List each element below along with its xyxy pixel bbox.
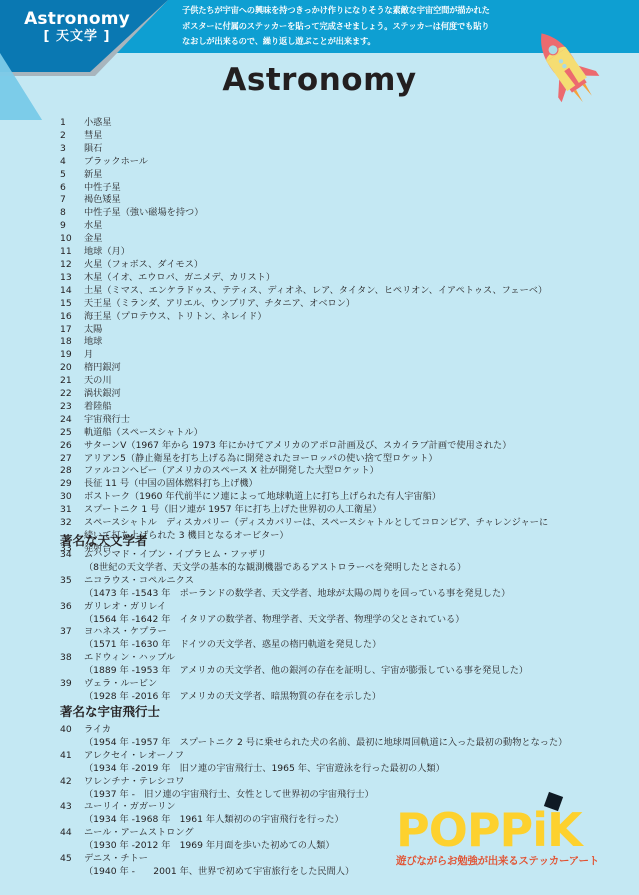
- item-number: 36: [60, 601, 84, 614]
- person-description: （1564 年 -1642 年 イタリアの数学者、物理学者、天文学者、物理学の父…: [60, 614, 620, 627]
- item-text: 着陸船: [84, 401, 620, 414]
- item-text: 褐色矮星: [84, 194, 620, 207]
- list-item: 31スプートニク 1 号（旧ソ連が 1957 年に打ち上げた世界初の人工衛星）: [60, 504, 620, 517]
- person-description: （1889 年 -1953 年 アメリカの天文学者、他の銀河の存在を証明し、宇宙…: [60, 665, 620, 678]
- item-text: 天王星（ミランダ、アリエル、ウンブリア、チタニア、オベロン）: [84, 298, 620, 311]
- list-item: 29長征 11 号（中国の固体燃料打ち上げ機）: [60, 478, 620, 491]
- item-number: 22: [60, 388, 84, 401]
- list-item: 8中性子星（強い磁場を持つ）: [60, 207, 620, 220]
- item-text: 金星: [84, 233, 620, 246]
- person-name: ヨハネス・ケプラー: [84, 626, 620, 639]
- item-text: 木星（イオ、エウロパ、ガニメデ、カリスト）: [84, 272, 620, 285]
- item-number: 26: [60, 440, 84, 453]
- list-item: 3隕石: [60, 143, 620, 156]
- item-number: 18: [60, 336, 84, 349]
- person-name: ニコラウス・コペルニクス: [84, 575, 620, 588]
- item-text: 中性子星: [84, 182, 620, 195]
- item-text: 水星: [84, 220, 620, 233]
- list-item: 7褐色矮星: [60, 194, 620, 207]
- list-item: 15天王星（ミランダ、アリエル、ウンブリア、チタニア、オベロン）: [60, 298, 620, 311]
- item-text: 渦状銀河: [84, 388, 620, 401]
- person-description: （1473 年 -1543 年 ポーランドの数学者、天文学者、地球が太陽の周りを…: [60, 588, 620, 601]
- item-number: 12: [60, 259, 84, 272]
- item-number: 16: [60, 311, 84, 324]
- item-number: 2: [60, 130, 84, 143]
- item-text: 長征 11 号（中国の固体燃料打ち上げ機）: [84, 478, 620, 491]
- person-description: （1571 年 -1630 年 ドイツの天文学者、惑星の楕円軌道を発見した）: [60, 639, 620, 652]
- person-name: エドウィン・ハッブル: [84, 652, 620, 665]
- person-name: ガリレオ・ガリレイ: [84, 601, 620, 614]
- list-item: 23着陸船: [60, 401, 620, 414]
- item-number: 8: [60, 207, 84, 220]
- item-text: 地球: [84, 336, 620, 349]
- item-text: 軌道船（スペースシャトル）: [84, 427, 620, 440]
- list-item: 10金星: [60, 233, 620, 246]
- list-item: 19月: [60, 349, 620, 362]
- item-number: 34: [60, 549, 84, 562]
- list-item: 26サターンV（1967 年から 1973 年にかけてアメリカのアポロ計画及び、…: [60, 440, 620, 453]
- item-number: 28: [60, 465, 84, 478]
- item-number: 1: [60, 117, 84, 130]
- page-title: Astronomy: [0, 62, 639, 98]
- item-text: 楕円銀河: [84, 362, 620, 375]
- item-number: 32: [60, 517, 84, 530]
- list-item: 14土星（ミマス、エンケラドゥス、テティス、ディオネ、レア、タイタン、ヒペリオン…: [60, 285, 620, 298]
- person-name: ライカ: [84, 724, 620, 737]
- item-text: 小惑星: [84, 117, 620, 130]
- list-item: 27アリアン5（静止衛星を打ち上げる為に開発されたヨーロッパの使い捨て型ロケット…: [60, 453, 620, 466]
- list-item: 41アレクセイ・レオーノフ: [60, 750, 620, 763]
- intro-line: なおしが出来るので、繰り返し遊ぶことが出来ます。: [182, 34, 522, 50]
- list-item: 4ブラックホール: [60, 156, 620, 169]
- person-name: アレクセイ・レオーノフ: [84, 750, 620, 763]
- item-number: 45: [60, 853, 84, 866]
- item-text: 宇宙飛行士: [84, 414, 620, 427]
- intro-line: 子供たちが宇宙への興味を持つきっかけ作りになりそうな素敵な宇宙空間が描かれた: [182, 3, 522, 19]
- section-heading-astronomers: 著名な天文学者: [60, 531, 148, 549]
- item-number: 37: [60, 626, 84, 639]
- person-name: ヴェラ・ルービン: [84, 678, 620, 691]
- item-text: スプートニク 1 号（旧ソ連が 1957 年に打ち上げた世界初の人工衛星）: [84, 504, 620, 517]
- item-number: 10: [60, 233, 84, 246]
- item-text: 海王星（プロテウス、トリトン、ネレイド）: [84, 311, 620, 324]
- item-number: 3: [60, 143, 84, 156]
- item-number: 27: [60, 453, 84, 466]
- list-item: 25軌道船（スペースシャトル）: [60, 427, 620, 440]
- person-description: （1934 年 -2019 年 旧ソ連の宇宙飛行士、1965 年、宇宙遊泳を行っ…: [60, 763, 620, 776]
- item-number: 7: [60, 194, 84, 207]
- list-item: 32スペースシャトル ディスカバリー（ディスカバリーは、スペースシャトルとしてコ…: [60, 517, 620, 530]
- item-number: 44: [60, 827, 84, 840]
- item-number: 38: [60, 652, 84, 665]
- section-heading-astronauts: 著名な宇宙飛行士: [60, 702, 160, 720]
- header-tab-title: Astronomy [ 天文学 ]: [12, 9, 142, 45]
- item-number: 24: [60, 414, 84, 427]
- item-number: 20: [60, 362, 84, 375]
- list-item: 17太陽: [60, 324, 620, 337]
- list-item: 30ボストーク（1960 年代前半にソ連によって地球軌道上に打ち上げられた有人宇…: [60, 491, 620, 504]
- tab-title-japanese: [ 天文学 ]: [12, 29, 142, 45]
- item-text: サターンV（1967 年から 1973 年にかけてアメリカのアポロ計画及び、スカ…: [84, 440, 620, 453]
- person-name: ワレンチナ・テレシコワ: [84, 776, 620, 789]
- person-name: ムハンマド・イブン・イブラヒム・ファザリ: [84, 549, 620, 562]
- list-item: 40ライカ: [60, 724, 620, 737]
- item-number: 40: [60, 724, 84, 737]
- item-text: 隕石: [84, 143, 620, 156]
- item-number: 30: [60, 491, 84, 504]
- list-item: 13木星（イオ、エウロパ、ガニメデ、カリスト）: [60, 272, 620, 285]
- item-number: 21: [60, 375, 84, 388]
- item-text: ブラックホール: [84, 156, 620, 169]
- list-item: 24宇宙飛行士: [60, 414, 620, 427]
- list-item: 6中性子星: [60, 182, 620, 195]
- tab-title-english: Astronomy: [12, 9, 142, 29]
- list-item: 20楕円銀河: [60, 362, 620, 375]
- item-text: 火星（フォボス、ダイモス）: [84, 259, 620, 272]
- item-text: スペースシャトル ディスカバリー（ディスカバリーは、スペースシャトルとしてコロン…: [84, 517, 620, 530]
- list-item: 42ワレンチナ・テレシコワ: [60, 776, 620, 789]
- item-number: 9: [60, 220, 84, 233]
- list-item: 34ムハンマド・イブン・イブラヒム・ファザリ: [60, 549, 620, 562]
- item-number: 13: [60, 272, 84, 285]
- person-description: （8世紀の天文学者、天文学の基本的な観測機器であるアストロラーベを発明したとされ…: [60, 562, 620, 575]
- list-item: 36ガリレオ・ガリレイ: [60, 601, 620, 614]
- list-item: 39ヴェラ・ルービン: [60, 678, 620, 691]
- item-text: 土星（ミマス、エンケラドゥス、テティス、ディオネ、レア、タイタン、ヒペリオン、イ…: [84, 285, 620, 298]
- logo-tagline: 遊びながらお勉強が出来るステッカーアート: [396, 853, 599, 868]
- list-item: 37ヨハネス・ケプラー: [60, 626, 620, 639]
- item-number: 35: [60, 575, 84, 588]
- item-number: 25: [60, 427, 84, 440]
- item-number: 11: [60, 246, 84, 259]
- item-number: 19: [60, 349, 84, 362]
- item-text: 天の川: [84, 375, 620, 388]
- logo-wordmark: POPPiK: [396, 806, 582, 854]
- person-description: （1954 年 -1957 年 スプートニク 2 号に乗せられた犬の名前、最初に…: [60, 737, 620, 750]
- list-item: 2彗星: [60, 130, 620, 143]
- list-item: 38エドウィン・ハッブル: [60, 652, 620, 665]
- sticker-list: 1小惑星 2彗星 3隕石 4ブラックホール 5新星 6中性子星 7褐色矮星 8中…: [60, 117, 620, 556]
- item-text: 新星: [84, 169, 620, 182]
- item-text: 彗星: [84, 130, 620, 143]
- poppik-logo: POPPiK 遊びながらお勉強が出来るステッカーアート: [396, 792, 616, 872]
- item-number: 4: [60, 156, 84, 169]
- item-number: 31: [60, 504, 84, 517]
- item-number: 41: [60, 750, 84, 763]
- item-number: 23: [60, 401, 84, 414]
- item-text: ボストーク（1960 年代前半にソ連によって地球軌道上に打ち上げられた有人宇宙船…: [84, 491, 620, 504]
- list-item: 1小惑星: [60, 117, 620, 130]
- list-item: 12火星（フォボス、ダイモス）: [60, 259, 620, 272]
- list-item: 28ファルコンヘビー（アメリカのスペース X 社が開発した大型ロケット）: [60, 465, 620, 478]
- item-number: 43: [60, 801, 84, 814]
- list-item: 21天の川: [60, 375, 620, 388]
- item-text: 月: [84, 349, 620, 362]
- item-text: 中性子星（強い磁場を持つ）: [84, 207, 620, 220]
- item-text: 地球（月）: [84, 246, 620, 259]
- astronomers-list: 34ムハンマド・イブン・イブラヒム・ファザリ （8世紀の天文学者、天文学の基本的…: [60, 549, 620, 704]
- intro-line: ポスターに付属のステッカーを貼って完成させましょう。ステッカーは何度でも貼り: [182, 19, 522, 35]
- item-number: 39: [60, 678, 84, 691]
- item-number: 42: [60, 776, 84, 789]
- list-item: 22渦状銀河: [60, 388, 620, 401]
- item-text: 太陽: [84, 324, 620, 337]
- list-item: 18地球: [60, 336, 620, 349]
- intro-text: 子供たちが宇宙への興味を持つきっかけ作りになりそうな素敵な宇宙空間が描かれた ポ…: [182, 3, 522, 50]
- list-item: 5新星: [60, 169, 620, 182]
- item-text: ファルコンヘビー（アメリカのスペース X 社が開発した大型ロケット）: [84, 465, 620, 478]
- item-number: 29: [60, 478, 84, 491]
- list-item: 11地球（月）: [60, 246, 620, 259]
- item-number: 15: [60, 298, 84, 311]
- list-item: 9水星: [60, 220, 620, 233]
- item-number: 6: [60, 182, 84, 195]
- list-item: 16海王星（プロテウス、トリトン、ネレイド）: [60, 311, 620, 324]
- item-number: 5: [60, 169, 84, 182]
- item-number: 17: [60, 324, 84, 337]
- item-text: アリアン5（静止衛星を打ち上げる為に開発されたヨーロッパの使い捨て型ロケット）: [84, 453, 620, 466]
- item-number: 14: [60, 285, 84, 298]
- list-item: 35ニコラウス・コペルニクス: [60, 575, 620, 588]
